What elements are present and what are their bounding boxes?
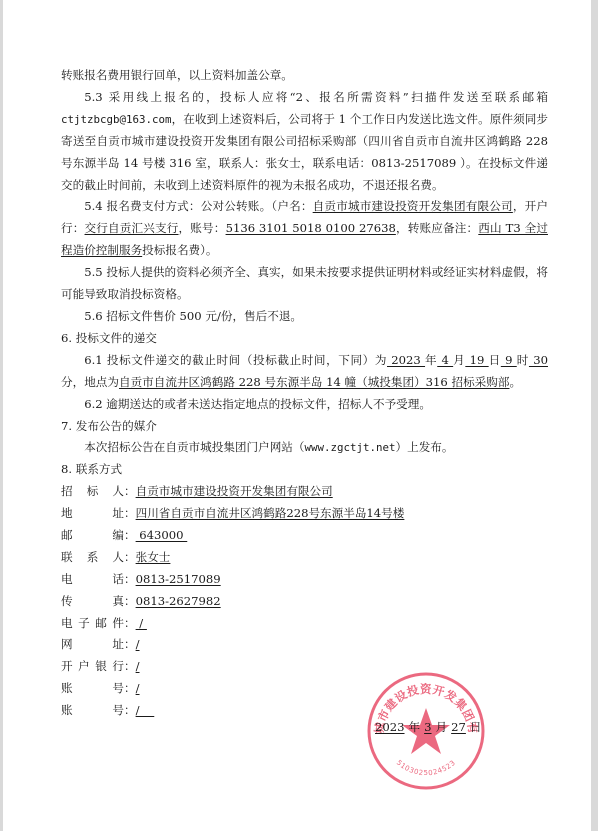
text: 本次招标公告在自贡市城投集团门户网站（ — [84, 440, 304, 454]
sign-year: 2023 — [371, 720, 409, 734]
website-link[interactable]: www.zgctjt.net — [304, 441, 395, 454]
account-number: 5136 3101 5018 0100 27638 — [226, 221, 396, 235]
sign-day: 27 — [447, 720, 470, 734]
deadline-minute: 30 — [529, 353, 548, 367]
text: 年 — [425, 353, 437, 367]
contact-value: / — [136, 678, 140, 700]
contact-label: 开户银行 — [61, 656, 124, 678]
contact-label: 账号 — [61, 678, 124, 700]
sign-month: 3 — [420, 720, 435, 734]
text: 5.3 采用线上报名的，投标人应将“2、报名所需资料”扫描件发送至联系邮箱 — [84, 90, 548, 104]
paragraph-intro: 转账报名费用银行回单，以上资料加盖公章。 — [61, 65, 548, 87]
contact-row-fax: 传真：0813-2627982 — [61, 591, 548, 613]
colon: ： — [124, 569, 136, 591]
colon: ： — [124, 634, 136, 656]
contact-row-account: 账号：/ — [61, 678, 548, 700]
document-page: 转账报名费用银行回单，以上资料加盖公章。 5.3 采用线上报名的，投标人应将“2… — [3, 0, 591, 831]
contact-row-person: 联系人：张女士 — [61, 547, 548, 569]
text: 5.6 招标文件售价 500 元/份，售后不退。 — [84, 309, 302, 323]
paragraph-5-3: 5.3 采用线上报名的，投标人应将“2、报名所需资料”扫描件发送至联系邮箱ctj… — [61, 87, 548, 197]
contact-row-postcode: 邮编： 643000 — [61, 525, 548, 547]
contact-row-tenderer: 招标人：自贡市城市建设投资开发集团有限公司 — [61, 481, 548, 503]
contact-value: 0813-2517089 — [136, 569, 221, 591]
contact-row-address: 地址：四川省自贡市自流井区鸿鹤路228号东源半岛14号楼 — [61, 503, 548, 525]
text: 5.4 报名费支付方式：公对公转账。（户名： — [84, 199, 312, 213]
colon: ： — [124, 525, 136, 547]
text: 年 — [409, 720, 421, 734]
deadline-hour: 9 — [501, 353, 517, 367]
contact-label: 招标人 — [61, 481, 124, 503]
text: 分，地点为 — [61, 375, 119, 389]
text: ，账号： — [179, 221, 226, 235]
svg-text:5103025024523: 5103025024523 — [395, 759, 457, 778]
contact-label: 邮编 — [61, 525, 124, 547]
document-body: 转账报名费用银行回单，以上资料加盖公章。 5.3 采用线上报名的，投标人应将“2… — [61, 65, 548, 722]
colon: ： — [124, 656, 136, 678]
deadline-month: 4 — [437, 353, 453, 367]
contact-label: 电话 — [61, 569, 124, 591]
contact-value: 自贡市城市建设投资开发集团有限公司 — [136, 481, 333, 503]
paragraph-5-4: 5.4 报名费支付方式：公对公转账。（户名：自贡市城市建设投资开发集团有限公司，… — [61, 196, 548, 262]
text: 月 — [436, 720, 448, 734]
colon: ： — [124, 547, 136, 569]
contact-value: / — [136, 656, 140, 678]
colon: ： — [124, 678, 136, 700]
paragraph-5-6: 5.6 招标文件售价 500 元/份，售后不退。 — [61, 306, 548, 328]
submission-location: 自贡市自流井区鸿鹤路 228 号东源半岛 14 幢（城投集团）316 招标采购部 — [119, 375, 509, 389]
paragraph-6-2: 6.2 逾期送达的或者未送达指定地点的投标文件，招标人不予受理。 — [61, 394, 548, 416]
paragraph-7: 本次招标公告在自贡市城投集团门户网站（www.zgctjt.net）上发布。 — [61, 437, 548, 459]
contact-value: 张女士 — [136, 547, 171, 569]
section-8-heading: 8. 联系方式 — [61, 459, 548, 481]
colon: ： — [124, 613, 136, 635]
text: 。 — [509, 375, 521, 389]
contact-label: 电子邮件 — [61, 613, 124, 635]
seal-code-text: 5103025024523 — [395, 759, 457, 778]
contact-value: / — [136, 613, 147, 635]
bank-name: 交行自贡汇兴支行 — [85, 221, 179, 235]
contact-list: 招标人：自贡市城市建设投资开发集团有限公司 地址：四川省自贡市自流井区鸿鹤路22… — [61, 481, 548, 722]
contact-value: / — [136, 700, 155, 722]
colon: ： — [124, 481, 136, 503]
text: ）上发布。 — [396, 440, 454, 454]
contact-label: 地址 — [61, 503, 124, 525]
contact-row-phone: 电话：0813-2517089 — [61, 569, 548, 591]
section-7-heading: 7. 发布公告的媒介 — [61, 416, 548, 438]
contact-value: 0813-2627982 — [136, 591, 221, 613]
contact-label: 网址 — [61, 634, 124, 656]
text: 时 — [517, 353, 529, 367]
paragraph-6-1: 6.1 投标文件递交的截止时间（投标截止时间，下同）为 2023 年 4 月 1… — [61, 350, 548, 394]
text: ，转账应备注： — [396, 221, 478, 235]
colon: ： — [124, 503, 136, 525]
contact-label: 账号 — [61, 700, 124, 722]
contact-value: / — [136, 634, 140, 656]
paragraph-5-5: 5.5 投标人提供的资料必须齐全、真实，如果未按要求提供证明材料或经证实材料虚假… — [61, 262, 548, 306]
text: 日 — [489, 353, 501, 367]
text: 6.2 逾期送达的或者未送达指定地点的投标文件，招标人不予受理。 — [84, 397, 431, 411]
deadline-year: 2023 — [387, 353, 425, 367]
text: 6.1 投标文件递交的截止时间（投标截止时间，下同）为 — [84, 353, 387, 367]
text: 投标报名费）。 — [142, 243, 217, 257]
section-6-heading: 6. 投标文件的递交 — [61, 328, 548, 350]
signature-date: 2023年3月27日 — [371, 719, 482, 735]
colon: ： — [124, 700, 136, 722]
account-name: 自贡市城市建设投资开发集团有限公司 — [313, 199, 513, 213]
contact-row-email: 电子邮件： / — [61, 613, 548, 635]
contact-row-bank: 开户银行：/ — [61, 656, 548, 678]
deadline-day: 19 — [465, 353, 488, 367]
contact-label: 传真 — [61, 591, 124, 613]
contact-row-website: 网址：/ — [61, 634, 548, 656]
contact-value: 643000 — [136, 525, 188, 547]
text: 5.5 投标人提供的资料必须齐全、真实，如果未按要求提供证明材料或经证实材料虚假… — [61, 265, 548, 301]
colon: ： — [124, 591, 136, 613]
contact-label: 联系人 — [61, 547, 124, 569]
text: 日 — [470, 720, 482, 734]
text: 月 — [453, 353, 465, 367]
text: 转账报名费用银行回单，以上资料加盖公章。 — [61, 68, 293, 82]
contact-value: 四川省自贡市自流井区鸿鹤路228号东源半岛14号楼 — [136, 503, 405, 525]
email-text: ctjtzbcgb@163.com — [61, 113, 172, 126]
